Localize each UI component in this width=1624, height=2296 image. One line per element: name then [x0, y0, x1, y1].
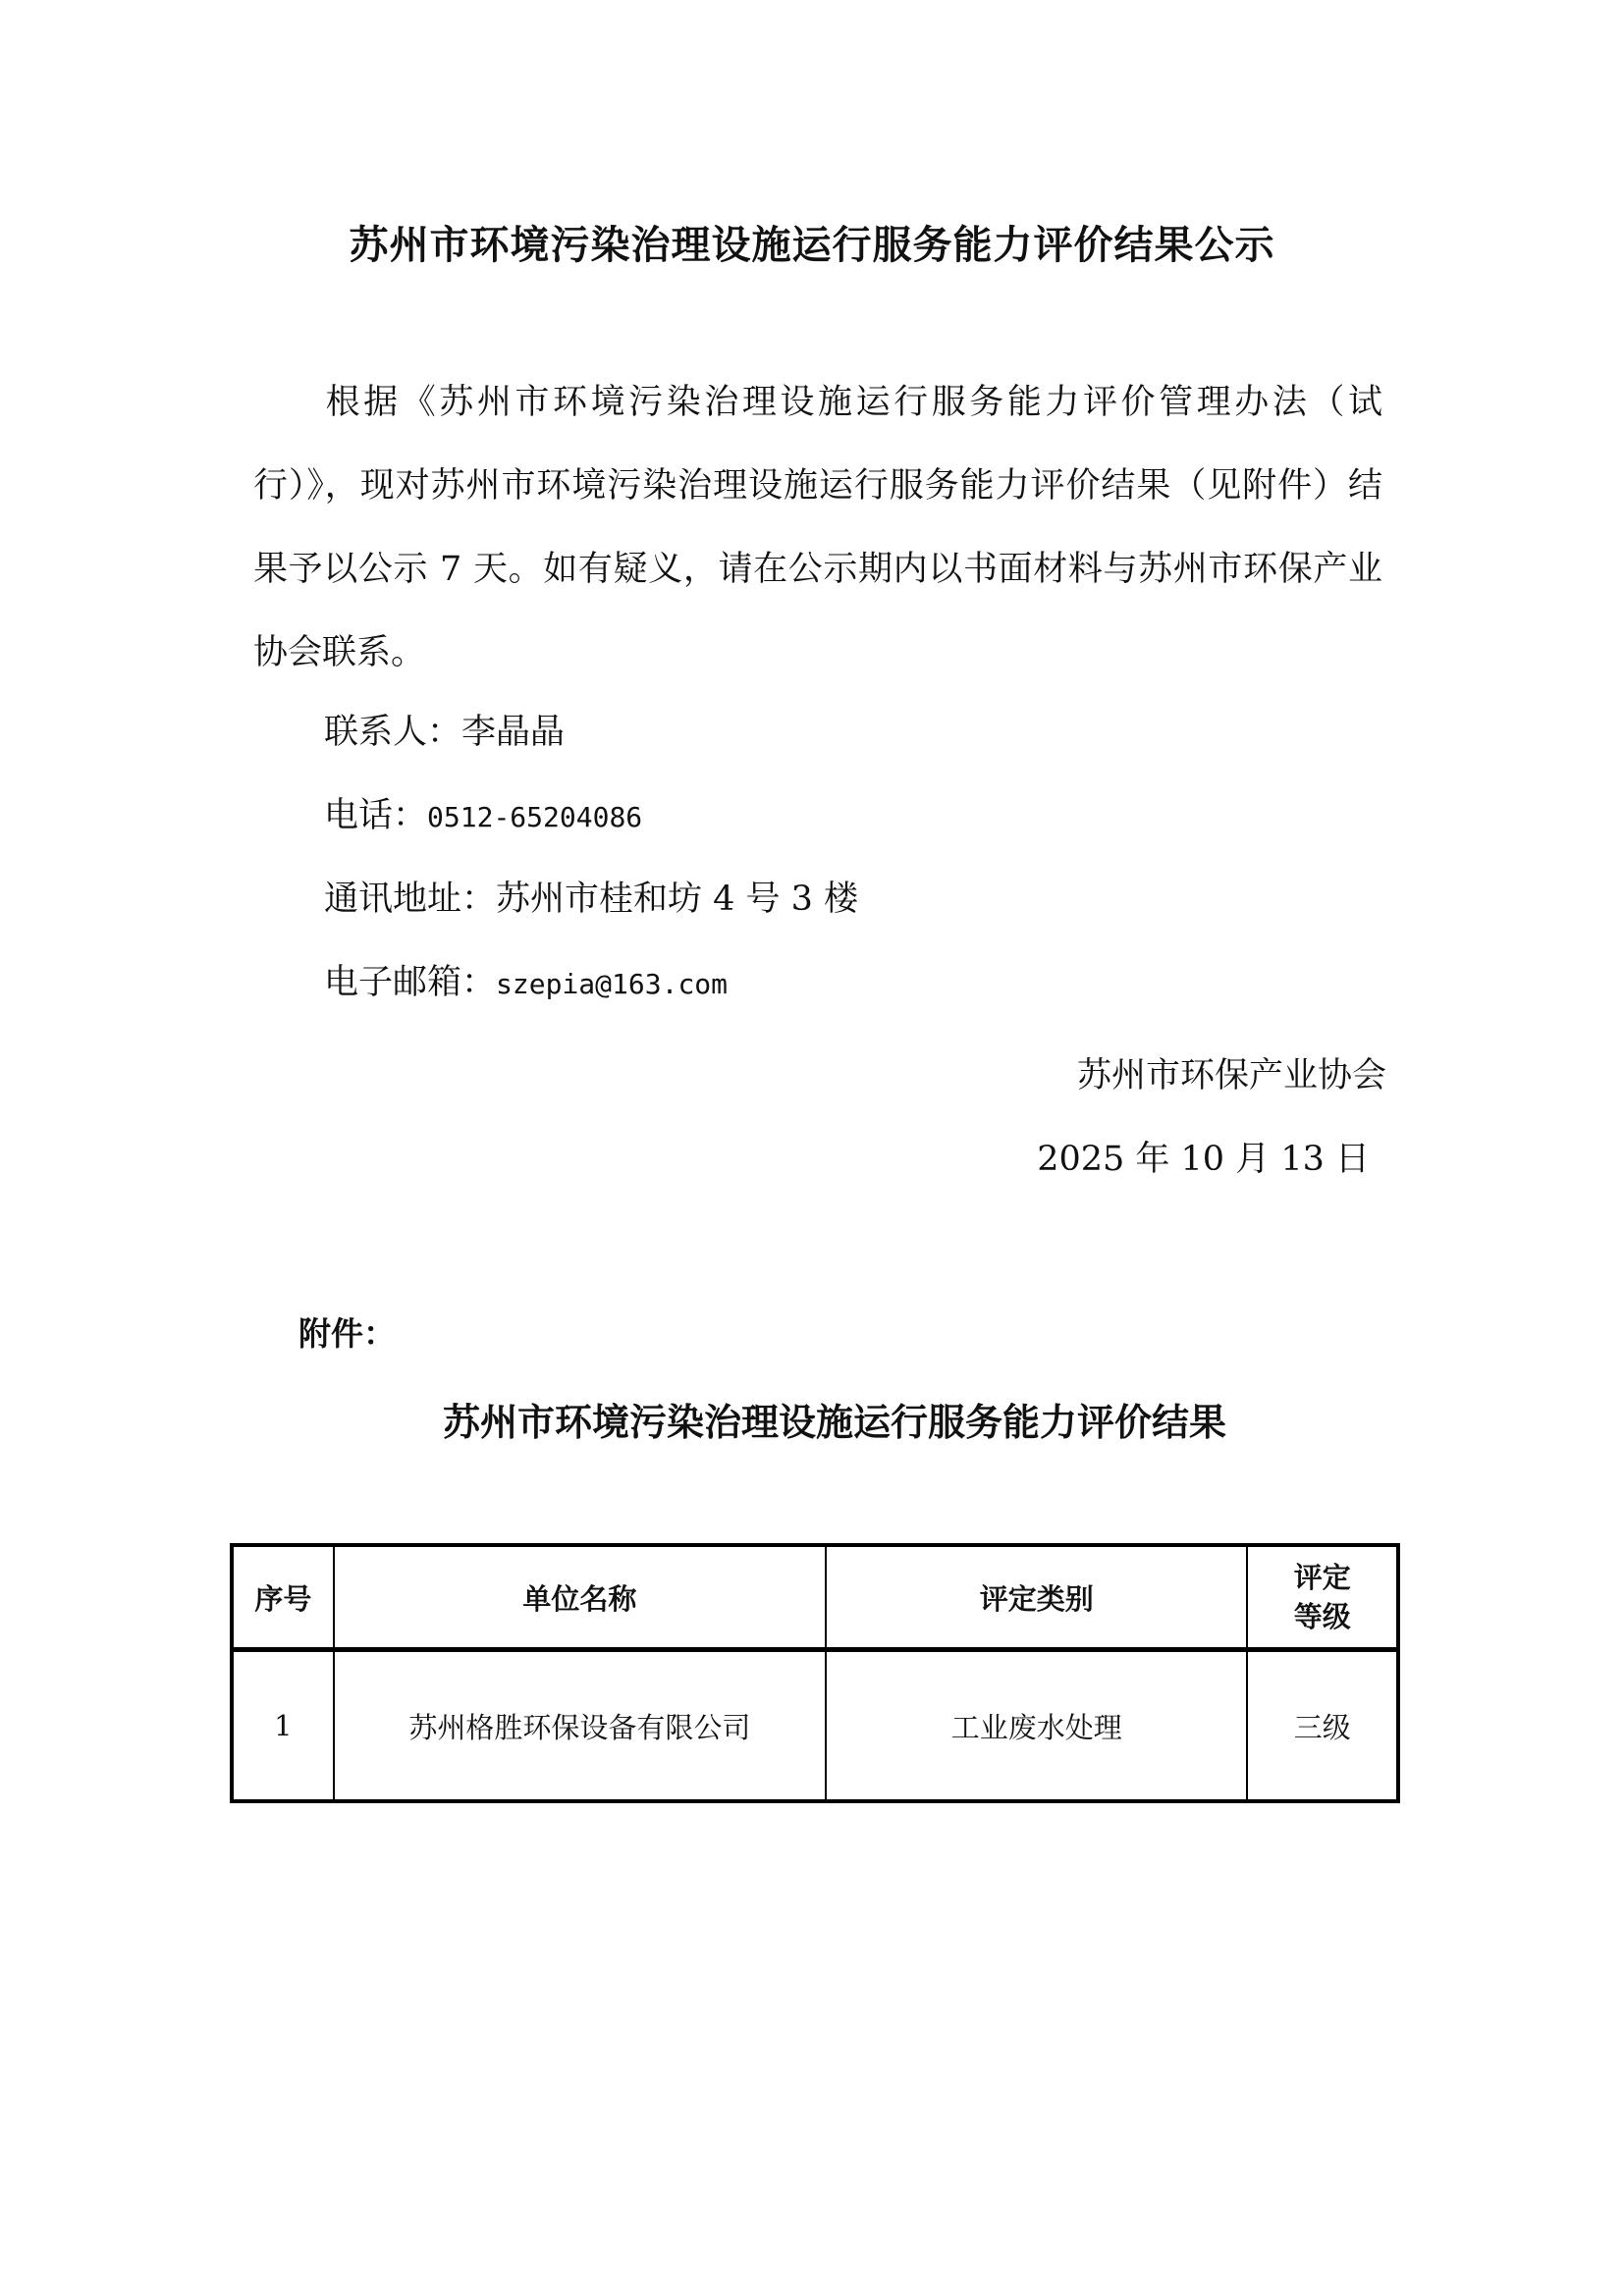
body-paragraph: 根据《苏州市环境污染治理设施运行服务能力评价管理办法（试行）》，现对苏州市环境污…	[253, 361, 1382, 695]
cell-category: 工业废水处理	[826, 1650, 1247, 1802]
contact-person: 联系人：李晶晶	[324, 705, 565, 754]
body-paragraph-text: 根据《苏州市环境污染治理设施运行服务能力评价管理办法（试行）》，现对苏州市环境污…	[253, 383, 1382, 672]
header-company: 单位名称	[334, 1545, 826, 1650]
header-grade-line2: 等级	[1249, 1597, 1395, 1636]
contact-phone: 电话：0512-65204086	[324, 788, 642, 837]
signature-date: 2025 年 10 月 13 日	[982, 1132, 1370, 1181]
signature-organization: 苏州市环保产业协会	[982, 1048, 1386, 1097]
header-category: 评定类别	[826, 1545, 1247, 1650]
cell-company: 苏州格胜环保设备有限公司	[334, 1650, 826, 1802]
contact-email-label: 电子邮箱：	[324, 963, 496, 1002]
table-header-row: 序号 单位名称 评定类别 评定 等级	[232, 1545, 1398, 1650]
table-row: 1 苏州格胜环保设备有限公司 工业废水处理 三级	[232, 1650, 1398, 1802]
attachment-title: 苏州市环境污染治理设施运行服务能力评价结果	[0, 1392, 1624, 1446]
contact-person-label: 联系人：	[324, 713, 461, 752]
cell-grade: 三级	[1247, 1650, 1398, 1802]
contact-email: 电子邮箱：szepia@163.com	[324, 955, 728, 1004]
page-title: 苏州市环境污染治理设施运行服务能力评价结果公示	[0, 214, 1624, 270]
attachment-label: 附件：	[298, 1308, 396, 1355]
contact-email-value: szepia@163.com	[496, 968, 728, 1000]
header-index: 序号	[232, 1545, 334, 1650]
header-grade: 评定 等级	[1247, 1545, 1398, 1650]
contact-address-value: 苏州市桂和坊 4 号 3 楼	[496, 880, 858, 919]
contact-address: 通讯地址：苏州市桂和坊 4 号 3 楼	[324, 872, 858, 921]
contact-phone-value: 0512-65204086	[427, 801, 642, 833]
contact-person-value: 李晶晶	[461, 713, 565, 752]
contact-phone-label: 电话：	[324, 796, 427, 835]
header-grade-line1: 评定	[1249, 1558, 1395, 1597]
result-table: 序号 单位名称 评定类别 评定 等级 1 苏州格胜环保设备有限公司 工业废水处理…	[230, 1543, 1400, 1803]
contact-address-label: 通讯地址：	[324, 880, 496, 919]
cell-index: 1	[232, 1650, 334, 1802]
